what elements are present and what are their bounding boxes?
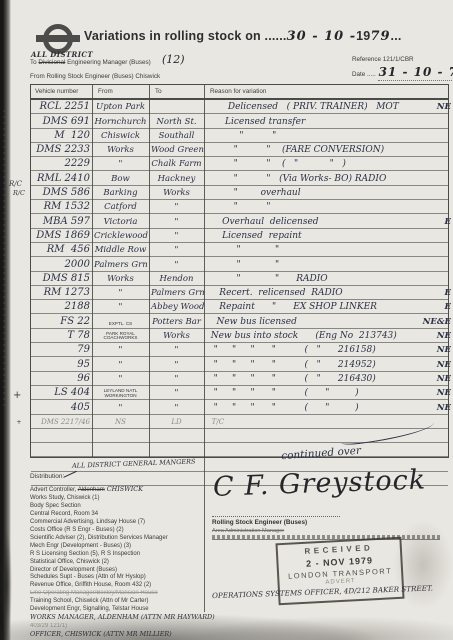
table-row: T 78 PARK ROYAL COACHWORKS Works New bus… [31,329,448,343]
margin-note-plus: + [13,390,21,401]
distribution-arrow [61,465,77,477]
from-cell: Upton Park [94,101,147,113]
distribution-item: Scientific Adviser (2), Distribution Ser… [30,535,205,543]
to-cell: Works [151,330,202,342]
struck-illegible-line [212,535,440,540]
distribution-item: Statistical Office, Chiswick (2) [30,559,205,567]
table-row: LS 404 LEYLAND NATL WORKINGTON " " " " "… [31,386,448,400]
from-cell: " [94,301,147,313]
reason-cell: Recert. relicensed RADIO [205,287,441,299]
distribution-item: Works Study, Chiswick (1) [30,495,205,503]
flag-cell: NE [421,359,451,371]
to-cell: " [151,402,202,414]
from-cell: Bow [94,173,147,185]
distribution-label: Distribution: [30,473,64,480]
reason-cell: " " (FARE CONVERSION) [205,144,441,156]
vehicle-number-cell: DMS 586 [31,187,90,199]
to-cell: " [151,359,202,371]
reason-cell: " " [205,244,441,256]
table-row: 95 " " " " " " ( " 214952) NE [31,357,448,371]
vehicle-number-cell: DMS 2217/46 [31,416,90,428]
col-to: To [155,88,162,95]
vehicle-number-cell: DMS 691 [31,116,90,128]
to-cell: Works [151,187,202,199]
from-cell: Barking [94,187,147,199]
copies-count-annotation: (12) [162,53,185,66]
vehicle-number-cell: 2229 [31,158,90,170]
table-row: RM 1273 " Palmers Grn Recert. relicensed… [31,286,448,300]
flag-cell: E [421,301,451,313]
table-row: RM 456 Middle Row " " " [31,243,448,257]
reason-cell: " " " " ( " ) [205,387,441,399]
vehicle-number-cell: T 78 [31,330,90,342]
distribution-item: Body Spec Section [30,503,205,511]
variations-table: Vehicle number From To Reason for variat… [30,84,449,458]
distribution-item: Training School, Chiswick (Attn of Mr Ca… [30,598,205,606]
distribution-item: Commercial Advertising, Lindsay House (7… [30,519,205,527]
title-date-handwritten: 30 - 10 - [287,29,357,44]
table-row: 405 " " " " " " ( " ) NE [31,400,448,414]
from-line: From Rolling Stock Engineer (Buses) Chis… [30,73,160,80]
table-header-row: Vehicle number From To Reason for variat… [31,85,448,100]
to-cell: " [151,259,202,271]
distribution-item: Revenue Office, Griffith House, Room 432… [30,582,205,590]
from-cell: " [94,359,147,371]
row-margin-note: + [10,416,28,428]
from-cell: EXPTL. CS [94,322,147,327]
reason-cell: Licensed repaint [205,230,441,242]
distribution-item: Costs Office (R S Engr - Buses) (2) [30,527,205,535]
reason-cell: " " " " ( " 216158) [205,344,441,356]
to-cell: Hendon [151,273,202,285]
reason-cell: " " RADIO [205,273,441,285]
vehicle-number-cell: FS 22 [31,316,90,328]
vehicle-number-cell: M 120 [31,130,90,142]
reason-cell: " " [205,130,441,142]
to-cell: " [151,344,202,356]
table-row: DMS 691 Hornchurch North St. Licensed tr… [31,114,448,128]
flag-cell: NE [421,387,451,399]
reason-cell: Repaint " EX SHOP LINKER [205,301,441,313]
signature-line [212,516,340,517]
table-row: continued over [31,443,448,457]
distribution-item: Schedules Supt - Buses (Attn of Mr Hyslo… [30,574,205,582]
vehicle-number-cell: RM 456 [31,244,90,256]
table-row: RCL 2251 Upton Park Delicensed ( PRIV. T… [31,100,448,114]
struck-address-line: Area Administration Manager [212,528,284,534]
table-row: DMS 1869 Cricklewood " Licensed repaint [31,229,448,243]
vehicle-number-cell: LS 404 [31,387,90,399]
flag-cell: NE&E [421,316,451,328]
title-year-handwritten: 79 [370,29,390,44]
col-from: From [98,88,113,95]
table-row: M 120 Chiswick Southall " " [31,129,448,143]
distribution-item: Advert Controller, Aldenham CHISWICK [30,486,205,495]
to-cell: Abbey Wood [151,301,202,313]
from-cell: " [94,344,147,356]
from-cell: Cricklewood [94,230,147,242]
table-row: 2229 " Chalk Farm " " ( " " ) [31,157,448,171]
vehicle-number-cell: MBA 597 [31,216,90,228]
reason-cell: New bus licensed [205,316,441,328]
vehicle-number-cell: 79 [31,344,90,356]
col-vehicle-number: Vehicle number [35,88,78,95]
to-cell: North St. [151,116,202,128]
from-cell: Works [94,273,147,285]
to-cell: " [151,244,202,256]
from-cell: " [94,402,147,414]
to-line: To Divisional Engineering Manager (Buses… [30,59,151,66]
margin-scribble [3,110,6,410]
vehicle-number-cell: 95 [31,359,90,371]
from-cell: Palmers Grn [94,259,147,271]
reason-cell: " " " " ( " 214952) [205,359,441,371]
table-row: RML 2410 Bow Hackney " " (Via Works- BO)… [31,171,448,185]
vehicle-number-cell: 96 [31,373,90,385]
from-cell: PARK ROYAL COACHWORKS [94,332,147,341]
scanned-form-page: Variations in rolling stock on ......30 … [0,0,453,640]
reason-cell: " " ( " " ) [205,158,441,170]
reason-cell: " " [205,201,441,213]
distribution-list: Advert Controller, Aldenham CHISWICKWork… [30,486,205,640]
flag-cell: NE [421,344,451,356]
from-cell: NS [94,416,147,428]
distribution-block: Distribution: ALL DISTRICT GENERAL MANGE… [30,465,205,640]
table-row: MBA 597 Victoria " Overhaul delicensed E [31,214,448,228]
vehicle-number-cell: RML 2410 [31,173,90,185]
vehicle-number-cell: RM 1532 [31,201,90,213]
distribution-item: Central Record, Room 34 [30,511,205,519]
title-year-printed: 19 [356,29,370,43]
table-row: FS 22 EXPTL. CS Potters Bar New bus lice… [31,314,448,328]
table-row: 2188 " Abbey Wood Repaint " EX SHOP LINK… [31,300,448,314]
to-cell: " [151,230,202,242]
from-cell: LEYLAND NATL WORKINGTON [94,389,147,398]
from-cell: Hornchurch [94,116,147,128]
from-cell: Victoria [94,216,147,228]
vehicle-number-cell: DMS 2233 [31,144,90,156]
vehicle-number-cell: RCL 2251 [31,101,90,113]
table-row: 2000 Palmers Grn " " " [31,257,448,271]
flag-cell: NE [421,373,451,385]
to-cell: Potters Bar [151,316,202,328]
to-struck-word: Divisional [38,59,65,66]
from-cell: Middle Row [94,244,147,256]
vehicle-number-cell: 2000 [31,259,90,271]
to-cell: " [151,387,202,399]
distribution-item: OFFICER, CHISWICK (ATTN MR MILLIER) [30,631,205,640]
to-cell: " [151,373,202,385]
reason-cell: " " " " ( " 216430) [205,373,441,385]
table-row: DMS 2233 Works Wood Green " " (FARE CONV… [31,143,448,157]
from-cell: Works [94,144,147,156]
flag-cell: NE [421,330,451,342]
vehicle-number-cell: DMS 1869 [31,230,90,242]
to-cell: Palmers Grn [151,287,202,299]
flag-cell: NE [421,101,451,113]
all-district-annotation: ALL DISTRICT [31,50,93,59]
from-cell: Chiswick [94,130,147,142]
to-cell: Southall [151,130,202,142]
distribution-item: Line Operating Manager/Bexley/Mansion Ho… [30,590,205,598]
to-cell: " [151,201,202,213]
flag-cell: NE [421,402,451,414]
distribution-item: WORKS MANAGER, ALDENHAM (ATTN MR HAYWARD… [30,614,205,623]
form-title: Variations in rolling stock on ......30 … [84,27,402,45]
to-cell: Chalk Farm [151,158,202,170]
title-printed: Variations in rolling stock on ...... [84,29,287,43]
flag-cell: E [421,287,451,299]
to-cell: Wood Green [151,144,202,156]
reason-cell: Delicensed ( PRIV. TRAINER) MOT [205,101,441,113]
vehicle-number-cell: RM 1273 [31,287,90,299]
title-dots: ... [391,29,402,43]
distribution-item: Director of Development (Buses) [30,567,205,575]
table-row: 79 " " " " " " ( " 216158) NE [31,343,448,357]
distribution-item: 403/29 121/1) [30,623,205,631]
reason-cell: " overhaul [205,187,441,199]
from-cell: Catford [94,201,147,213]
table-row: RM 1532 Catford " " " [31,200,448,214]
to-rest: Engineering Manager (Buses) [65,59,150,66]
row-margin-note: R/C [10,187,28,199]
from-cell: " [94,373,147,385]
vehicle-number-cell: 2188 [31,301,90,313]
table-row: 96 " " " " " " ( " 216430) NE [31,372,448,386]
signature: C F. Greystock [213,464,434,503]
to-cell: Hackney [151,173,202,185]
from-cell: " [94,158,147,170]
vehicle-number-cell: DMS 815 [31,273,90,285]
reason-cell: " " (Via Works- BO) RADIO [205,173,441,185]
flag-cell: E [421,216,451,228]
table-row: DMS 815 Works Hendon " " RADIO [31,272,448,286]
vehicle-number-cell: 405 [31,402,90,414]
to-cell: LD [151,416,202,428]
date-label: Date ..... [352,71,376,78]
distribution-item: R S Licensing Section (5), R S Inspectio… [30,551,205,559]
signatory-role: Rolling Stock Engineer (Buses) [212,519,307,526]
from-cell: " [94,287,147,299]
reason-cell: New bus into stock (Eng No 213743) [205,330,441,342]
reason-cell: Licensed transfer [205,116,441,128]
reason-cell: " " [205,259,441,271]
date-handwritten: 31 - 10 - 79 [378,65,453,81]
reason-cell: Overhaul delicensed [205,216,441,228]
to-cell: " [151,216,202,228]
table-row: R/C DMS 586 Barking Works " overhaul [31,186,448,200]
distribution-item: Mech Engr (Development - Buses) (3) [30,543,205,551]
reference-number: Reference 121/1/CBR [352,56,414,63]
col-reason: Reason for variation [210,88,266,95]
reason-cell: " " " " ( " ) [205,402,441,414]
date-line: Date ..... 31 - 10 - 79 [352,65,453,79]
